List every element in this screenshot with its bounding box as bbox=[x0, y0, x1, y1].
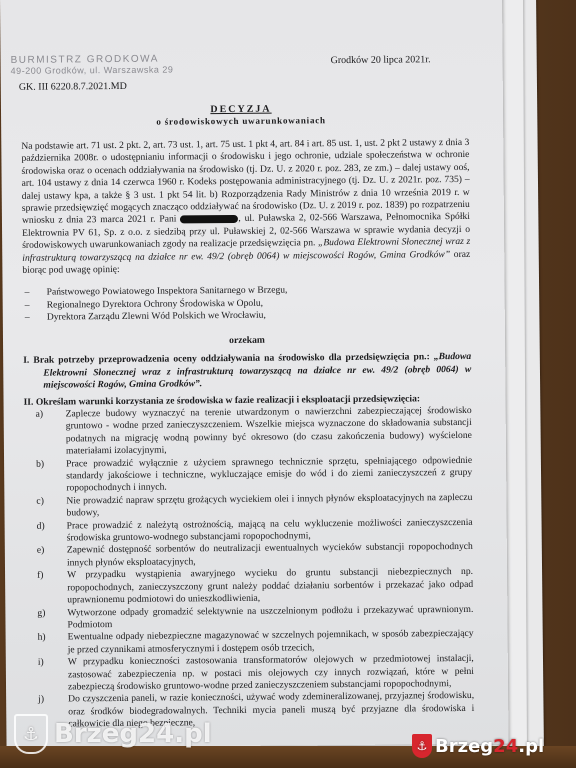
condition-item: i)W przypadku konieczności zastosowania … bbox=[26, 653, 474, 694]
conditions-list: a)Zaplecze budowy wyznaczyć na terenie u… bbox=[24, 405, 475, 731]
watermark-left: ⚓ Brzeg24.pl bbox=[14, 714, 212, 754]
condition-item: f)W przypadku wystąpienia awaryjnego wyc… bbox=[25, 566, 473, 607]
ruling-heading: orzekam bbox=[23, 333, 471, 349]
office-stamp: BURMISTRZ GRODKOWA 49-200 Grodków, ul. W… bbox=[11, 54, 174, 75]
stamp-line-2: 49-200 Grodków, ul. Warszawska 29 bbox=[11, 64, 174, 75]
opinion-item: Dyrektora Zarządu Zlewni Wód Polskich we… bbox=[23, 308, 471, 324]
reference-number: GK. III 6220.8.7.2021.MD bbox=[19, 81, 127, 93]
document-body: Na podstawie art. 71 ust. 2 pkt. 2, art.… bbox=[21, 137, 474, 731]
watermark-right: ⚓ Brzeg24.pl bbox=[412, 734, 544, 758]
intro-paragraph: Na podstawie art. 71 ust. 2 pkt. 2, art.… bbox=[21, 137, 470, 277]
opinions-list: Państwowego Powiatowego Inspektora Sanit… bbox=[23, 283, 471, 324]
condition-item: b)Prace prowadzić wyłącznie z użyciem sp… bbox=[24, 455, 472, 496]
anchor-shield-icon: ⚓ bbox=[412, 734, 432, 758]
condition-item: a)Zaplecze budowy wyznaczyć na terenie u… bbox=[24, 405, 472, 459]
section-1: I. Brak potrzeby przeprowadzenia oceny o… bbox=[23, 351, 471, 392]
redacted-name bbox=[180, 215, 238, 224]
anchor-shield-icon: ⚓ bbox=[14, 714, 48, 754]
document-date: Grodków 20 lipca 2021r. bbox=[331, 54, 431, 66]
document-page: BURMISTRZ GRODKOWA 49-200 Grodków, ul. W… bbox=[0, 0, 509, 748]
